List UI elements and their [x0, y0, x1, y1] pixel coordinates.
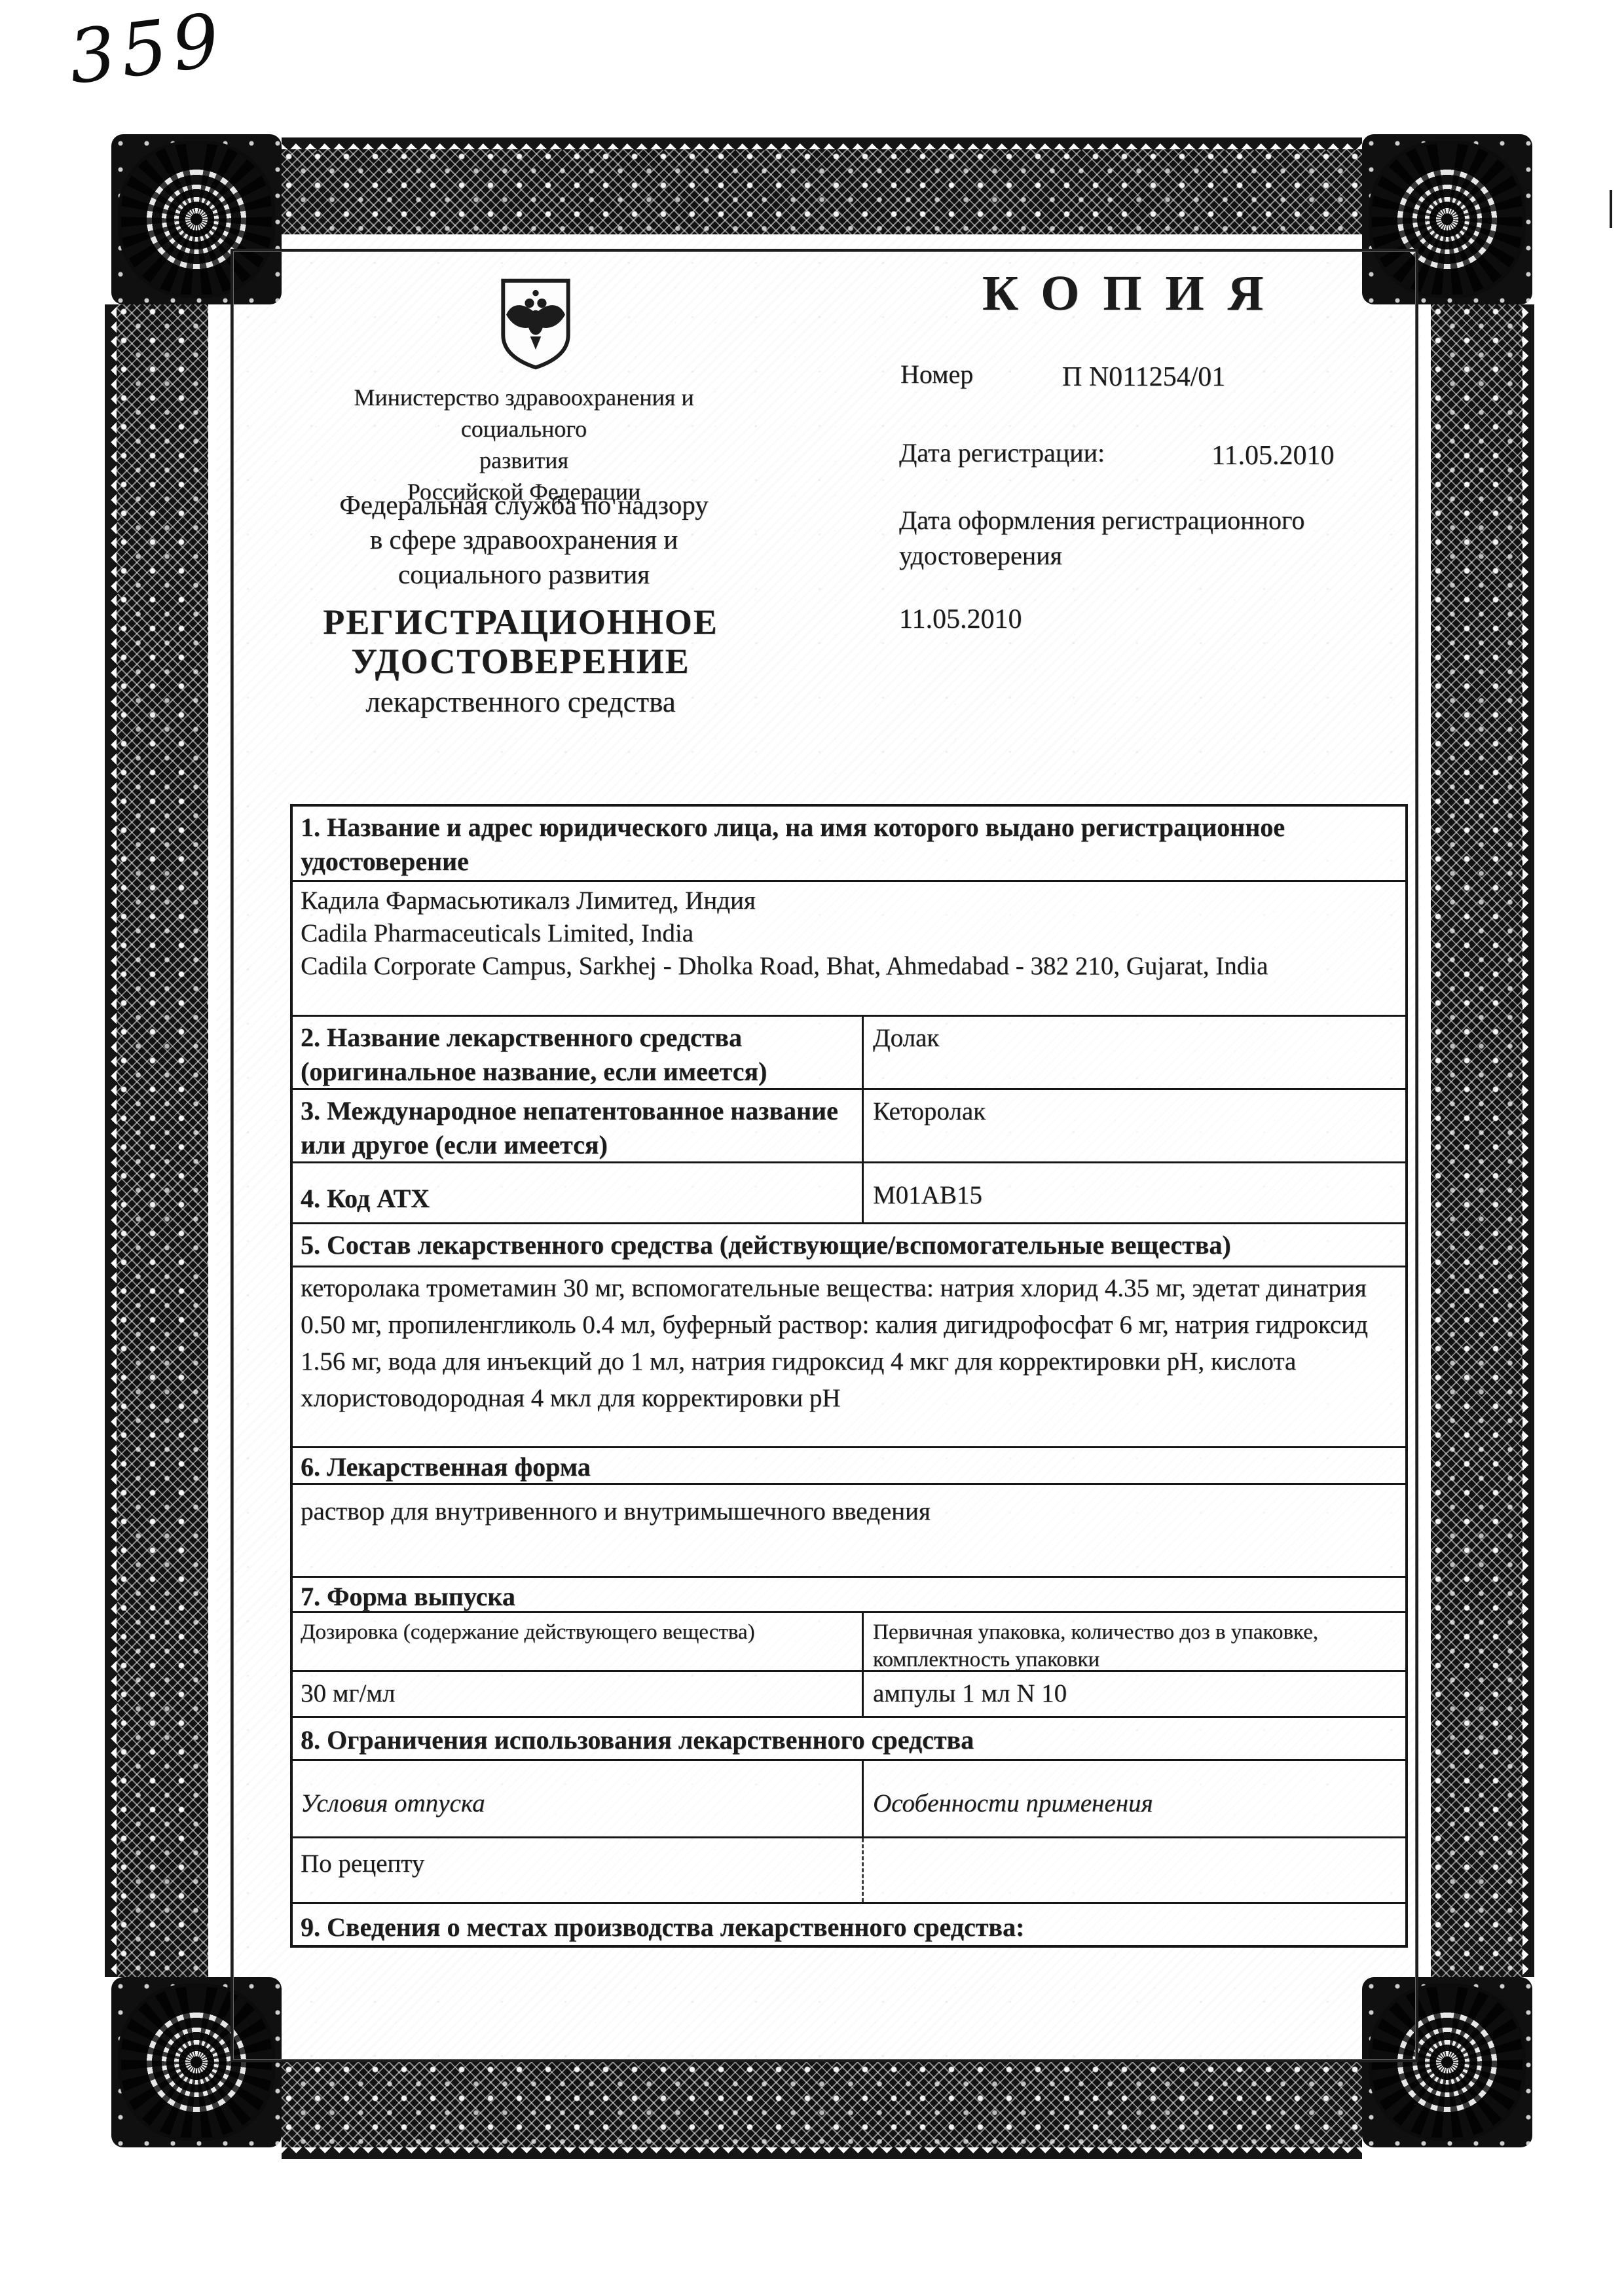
handwritten-page-number: 359 — [64, 0, 229, 101]
section2-label: 2. Название лекарственного средства (ори… — [293, 1017, 864, 1088]
dispensing-conditions-value: По рецепту — [293, 1838, 864, 1902]
section2-row: 2. Название лекарственного средства (ори… — [293, 1015, 1405, 1088]
section7-header: 7. Форма выпуска — [293, 1576, 1405, 1611]
frame-fringe-bottom — [282, 2146, 1362, 2163]
issue-date-value: 11.05.2010 — [899, 604, 1022, 635]
number-value: П N011254/01 — [1062, 361, 1225, 393]
service-line-3: социального развития — [275, 557, 773, 592]
issue-date-label: Дата оформления регистрационного удостов… — [899, 503, 1416, 574]
section8-columns-row: Условия отпуска Особенности применения — [293, 1759, 1405, 1836]
holder-name-en: Cadila Pharmaceuticals Limited, India — [301, 917, 1397, 950]
inn-value: Кеторолак — [864, 1090, 1405, 1161]
frame-border-right — [1431, 304, 1522, 1977]
frame-border-left — [117, 304, 208, 1977]
packaging-column-header: Первичная упаковка, количество доз в упа… — [864, 1613, 1405, 1670]
section3-row: 3. Международное непатентованное названи… — [293, 1088, 1405, 1161]
section3-label: 3. Международное непатентованное названи… — [293, 1090, 864, 1161]
federal-service-name: Федеральная служба по надзору в сфере зд… — [275, 488, 773, 592]
section7-columns-row: Дозировка (содержание действующего вещес… — [293, 1611, 1405, 1670]
ministry-line-1: Министерство здравоохранения и социально… — [295, 382, 753, 445]
section5-body: кеторолака трометамин 30 мг, вспомогател… — [293, 1266, 1405, 1446]
frame-border-bottom — [282, 2062, 1362, 2147]
service-line-2: в сфере здравоохранения и — [275, 522, 773, 557]
section1-header: 1. Название и адрес юридического лица, н… — [293, 807, 1405, 880]
section8-values-row: По рецепту — [293, 1836, 1405, 1902]
frame-fringe-right — [1521, 304, 1538, 1977]
scan-edge-mark — [1610, 190, 1612, 228]
service-line-1: Федеральная служба по надзору — [275, 488, 773, 522]
document-title: РЕГИСТРАЦИОННОЕ УДОСТОВЕРЕНИЕ — [262, 602, 779, 681]
registration-date-value: 11.05.2010 — [1211, 440, 1334, 471]
ministry-line-2: развития — [295, 445, 753, 476]
packaging-value: ампулы 1 мл N 10 — [864, 1672, 1405, 1716]
coat-of-arms-icon — [496, 278, 576, 371]
dispensing-conditions-label: Условия отпуска — [293, 1761, 864, 1836]
dosage-value: 30 мг/мл — [293, 1672, 864, 1716]
section4-label: 4. Код АТХ — [293, 1163, 864, 1222]
copy-stamp-label: КОПИЯ — [982, 265, 1401, 322]
section4-row: 4. Код АТХ M01AB15 — [293, 1161, 1405, 1222]
certificate-scan-page: 359 КОПИЯ Министерство здр — [0, 0, 1624, 2296]
section6-body: раствор для внутривенного и внутримышечн… — [293, 1483, 1405, 1576]
atc-code-value: M01AB15 — [864, 1163, 1405, 1222]
frame-border-top — [282, 149, 1362, 234]
dosage-column-header: Дозировка (содержание действующего вещес… — [293, 1613, 864, 1670]
section1-body: Кадила Фармасьютикалз Лимитед, Индия Cad… — [293, 880, 1405, 1015]
section7-values-row: 30 мг/мл ампулы 1 мл N 10 — [293, 1670, 1405, 1716]
holder-address: Cadila Corporate Campus, Sarkhej - Dholk… — [301, 950, 1397, 983]
registration-date-label: Дата регистрации: — [899, 437, 1105, 468]
number-label: Номер — [900, 359, 973, 390]
certificate-table: 1. Название и адрес юридического лица, н… — [290, 804, 1408, 1948]
document-subtitle: лекарственного средства — [262, 685, 779, 719]
application-features-label: Особенности применения — [864, 1761, 1405, 1836]
section6-header: 6. Лекарственная форма — [293, 1446, 1405, 1483]
frame-fringe-top — [282, 134, 1362, 151]
section9-header: 9. Сведения о местах производства лекарс… — [293, 1902, 1405, 1945]
section8-header: 8. Ограничения использования лекарственн… — [293, 1716, 1405, 1759]
application-features-value — [864, 1838, 1405, 1902]
trade-name-value: Долак — [864, 1017, 1405, 1088]
holder-name-ru: Кадила Фармасьютикалз Лимитед, Индия — [301, 884, 1397, 917]
frame-fringe-left — [101, 304, 118, 1977]
section5-header: 5. Состав лекарственного средства (дейст… — [293, 1222, 1405, 1266]
